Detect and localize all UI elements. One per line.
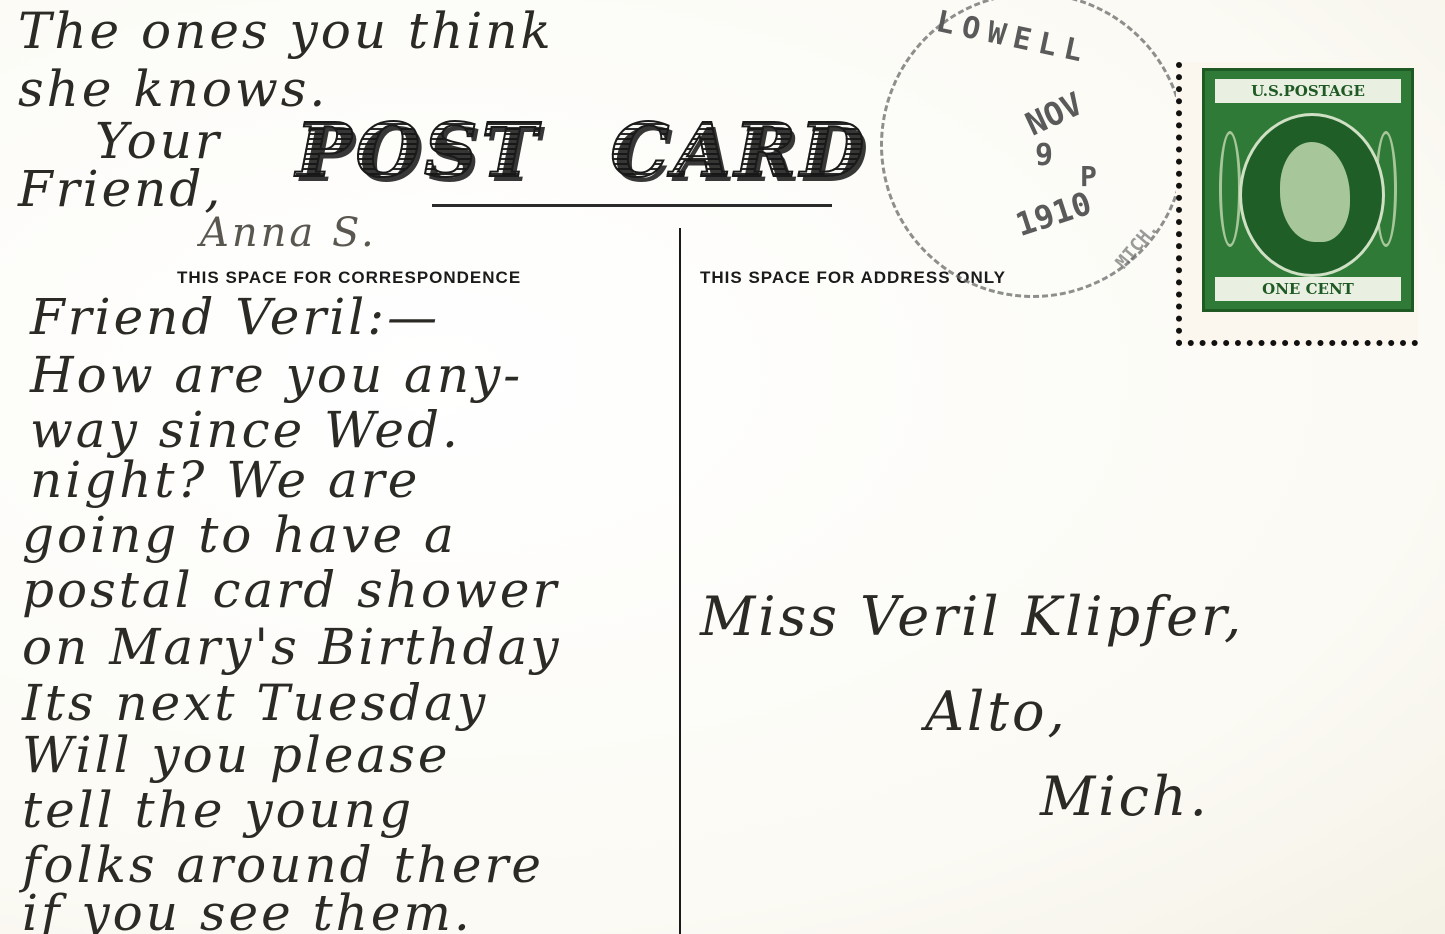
closing-line: she knows. [18, 60, 328, 118]
message-line: postal card shower [22, 565, 559, 615]
center-divider [679, 228, 681, 934]
stamp-bottom-text: ONE CENT [1215, 277, 1401, 301]
addressee-name: Miss Veril Klipfer, [700, 585, 1244, 648]
message-line: night? We are [30, 455, 420, 505]
closing-line: Friend, [18, 160, 223, 218]
message-line: going to have a [22, 510, 457, 560]
postage-stamp: U.S.POSTAGE ONE CENT [1202, 68, 1414, 312]
message-line: if you see them. [22, 888, 473, 934]
message-line: tell the young [22, 785, 414, 835]
laurel-left-icon [1219, 131, 1241, 247]
message-line: Will you please [22, 730, 450, 780]
message-line: Friend Veril:— [30, 292, 440, 342]
message-line: on Mary's Birthday [22, 622, 562, 672]
address-city: Alto, [925, 680, 1068, 743]
postmark-day: 9 [1035, 138, 1053, 173]
address-state: Mich. [1040, 765, 1210, 828]
message-line: folks around there [22, 840, 544, 890]
franklin-portrait-icon [1280, 142, 1350, 242]
message-line: How are you any- [30, 350, 523, 400]
portrait-oval [1239, 113, 1385, 277]
signature: Anna S. [200, 210, 377, 256]
message-line: way since Wed. [30, 405, 461, 455]
postcard-back: The ones you think she knows. Your Frien… [0, 0, 1445, 934]
closing-line: The ones you think [18, 2, 554, 60]
message-line: Its next Tuesday [22, 678, 488, 728]
title-underline [432, 204, 832, 207]
post-card-title: POST CARD [296, 108, 868, 194]
stamp-top-text: U.S.POSTAGE [1215, 79, 1401, 103]
correspondence-label: THIS SPACE FOR CORRESPONDENCE [177, 268, 521, 288]
